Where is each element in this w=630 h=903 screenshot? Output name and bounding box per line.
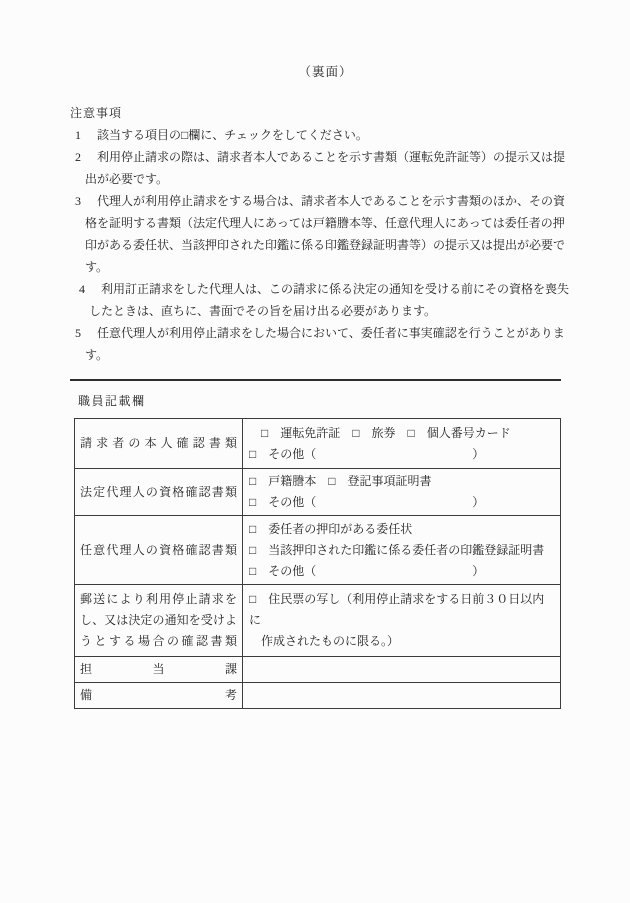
note-text: 代理人が利用停止請求をする場合は、請求者本人であることを示す書類のほか、その資格… (85, 194, 565, 274)
checkbox-option-line: □ 戸籍謄本 □ 登記事項証明書 (249, 471, 556, 492)
checkbox-option-line: □ 当該押印された印鑑に係る委任者の印鑑登録証明書 (249, 540, 556, 561)
row-label: 担当課 (75, 657, 243, 683)
note-text: 任意代理人が利用停止請求をした場合において、委任者に事実確認を行うことがあります… (85, 326, 565, 362)
notes-heading: 注意事項 (70, 102, 561, 124)
checkbox-option-line: □ その他（ ） (249, 561, 556, 582)
note-item-5: 5任意代理人が利用停止請求をした場合において、委任者に事実確認を行うことがありま… (75, 322, 571, 366)
checkbox-option-line: 作成されたものに限る。） (249, 631, 556, 652)
row-label: 法定代理人の資格確認書類 (75, 469, 243, 516)
checkbox-option-line: □ 運転免許証 □ 旅券 □ 個人番号カード (249, 423, 556, 444)
note-item-2: 2利用停止請求の際は、請求者本人であることを示す書類（運転免許証等）の提示又は提… (75, 146, 571, 190)
note-number: 1 (75, 124, 97, 146)
row-value: □ 委任者の押印がある委任状 □ 当該押印された印鑑に係る委任者の印鑑登録証明書… (243, 516, 561, 585)
note-number: 5 (75, 322, 97, 344)
table-row-mail-request-docs: 郵送により利用停止請求をし、又は決定の通知を受けようとする場合の確認書類 □ 住… (75, 585, 561, 657)
row-value: □ 戸籍謄本 □ 登記事項証明書 □ その他（ ） (243, 469, 561, 516)
note-item-3: 3代理人が利用停止請求をする場合は、請求者本人であることを示す書類のほか、その資… (75, 190, 571, 278)
staff-section-heading: 職員記載欄 (78, 390, 561, 412)
row-label: 郵送により利用停止請求をし、又は決定の通知を受けようとする場合の確認書類 (75, 585, 243, 657)
note-text: 該当する項目の□欄に、チェックをしてください。 (97, 128, 368, 142)
page-content: （裏面） 注意事項 1該当する項目の□欄に、チェックをしてください。 2利用停止… (70, 0, 561, 709)
row-value: □ 運転免許証 □ 旅券 □ 個人番号カード □ その他（ ） (243, 419, 561, 469)
note-text: 利用訂正請求をした代理人は、この請求に係る決定の通知を受ける前にその資格を喪失し… (89, 282, 569, 318)
staff-table: 請求者の本人確認書類 □ 運転免許証 □ 旅券 □ 個人番号カード □ その他（… (74, 418, 561, 709)
section-divider (70, 379, 561, 381)
table-row-legal-rep-docs: 法定代理人の資格確認書類 □ 戸籍謄本 □ 登記事項証明書 □ その他（ ） (75, 469, 561, 516)
note-item-4: 4利用訂正請求をした代理人は、この請求に係る決定の通知を受ける前にその資格を喪失… (79, 278, 571, 322)
checkbox-option-line: □ 住民票の写し（利用停止請求をする日前３０日以内に (249, 589, 556, 631)
row-label: 請求者の本人確認書類 (75, 419, 243, 469)
page-side-label: （裏面） (70, 61, 561, 83)
checkbox-option-line: □ その他（ ） (249, 444, 556, 465)
checkbox-option-line: □ 委任者の押印がある委任状 (249, 519, 556, 540)
note-text: 利用停止請求の際は、請求者本人であることを示す書類（運転免許証等）の提示又は提出… (85, 150, 565, 186)
document-page: （裏面） 注意事項 1該当する項目の□欄に、チェックをしてください。 2利用停止… (0, 0, 630, 903)
row-value: □ 住民票の写し（利用停止請求をする日前３０日以内に 作成されたものに限る。） (243, 585, 561, 657)
table-row-voluntary-rep-docs: 任意代理人の資格確認書類 □ 委任者の押印がある委任状 □ 当該押印された印鑑に… (75, 516, 561, 585)
notes-section: 注意事項 1該当する項目の□欄に、チェックをしてください。 2利用停止請求の際は… (70, 102, 561, 366)
row-label: 備考 (75, 683, 243, 709)
table-row-department: 担当課 (75, 657, 561, 683)
note-number: 3 (75, 190, 97, 212)
note-number: 2 (75, 146, 97, 168)
table-row-requester-id-docs: 請求者の本人確認書類 □ 運転免許証 □ 旅券 □ 個人番号カード □ その他（… (75, 419, 561, 469)
row-value-empty (243, 657, 561, 683)
note-number: 4 (79, 278, 101, 300)
table-row-remarks: 備考 (75, 683, 561, 709)
note-item-1: 1該当する項目の□欄に、チェックをしてください。 (75, 124, 571, 146)
checkbox-option-line: □ その他（ ） (249, 492, 556, 513)
row-value-empty (243, 683, 561, 709)
row-label: 任意代理人の資格確認書類 (75, 516, 243, 585)
